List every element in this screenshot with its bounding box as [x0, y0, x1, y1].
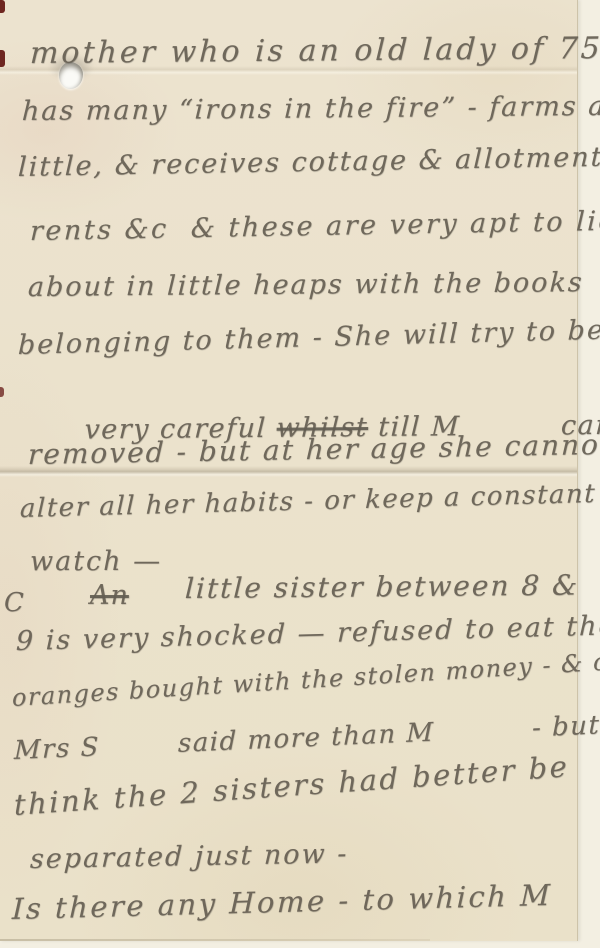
handwritten-line-3: little, & receives cottage & allotments [17, 141, 600, 183]
handwritten-line-12: 9 is very shocked — refused to eat the [16, 610, 600, 657]
handwritten-line-5: about in little heaps with the books [27, 267, 584, 303]
letter-scan: mother who is an old lady of 75 has many… [0, 0, 600, 948]
handwritten-line-11: little sister between 8 & [184, 569, 580, 605]
handwritten-line-4: rents &c & these are very apt to lie [29, 206, 600, 247]
handwritten-line-1: mother who is an old lady of 75 [29, 31, 600, 71]
strikethrough-word: An [90, 580, 129, 611]
handwritten-line-6: belonging to them - She will try to be [18, 315, 600, 361]
handwritten-line-17: Is there any Home - to which M [12, 878, 553, 926]
edge-mark [0, 387, 4, 397]
handwritten-line-10: watch — [30, 546, 162, 577]
handwritten-line-16: separated just now - [29, 838, 348, 875]
margin-note-c: C [4, 588, 24, 618]
handwritten-line-2: has many “irons in the fire” - farms a [21, 91, 600, 127]
letter-paper: mother who is an old lady of 75 has many… [0, 0, 578, 941]
edge-mark [0, 0, 5, 13]
edge-mark [0, 50, 5, 67]
handwritten-line-9: alter all her habits - or keep a constan… [20, 479, 597, 524]
paper-bottom-edge [0, 939, 430, 941]
